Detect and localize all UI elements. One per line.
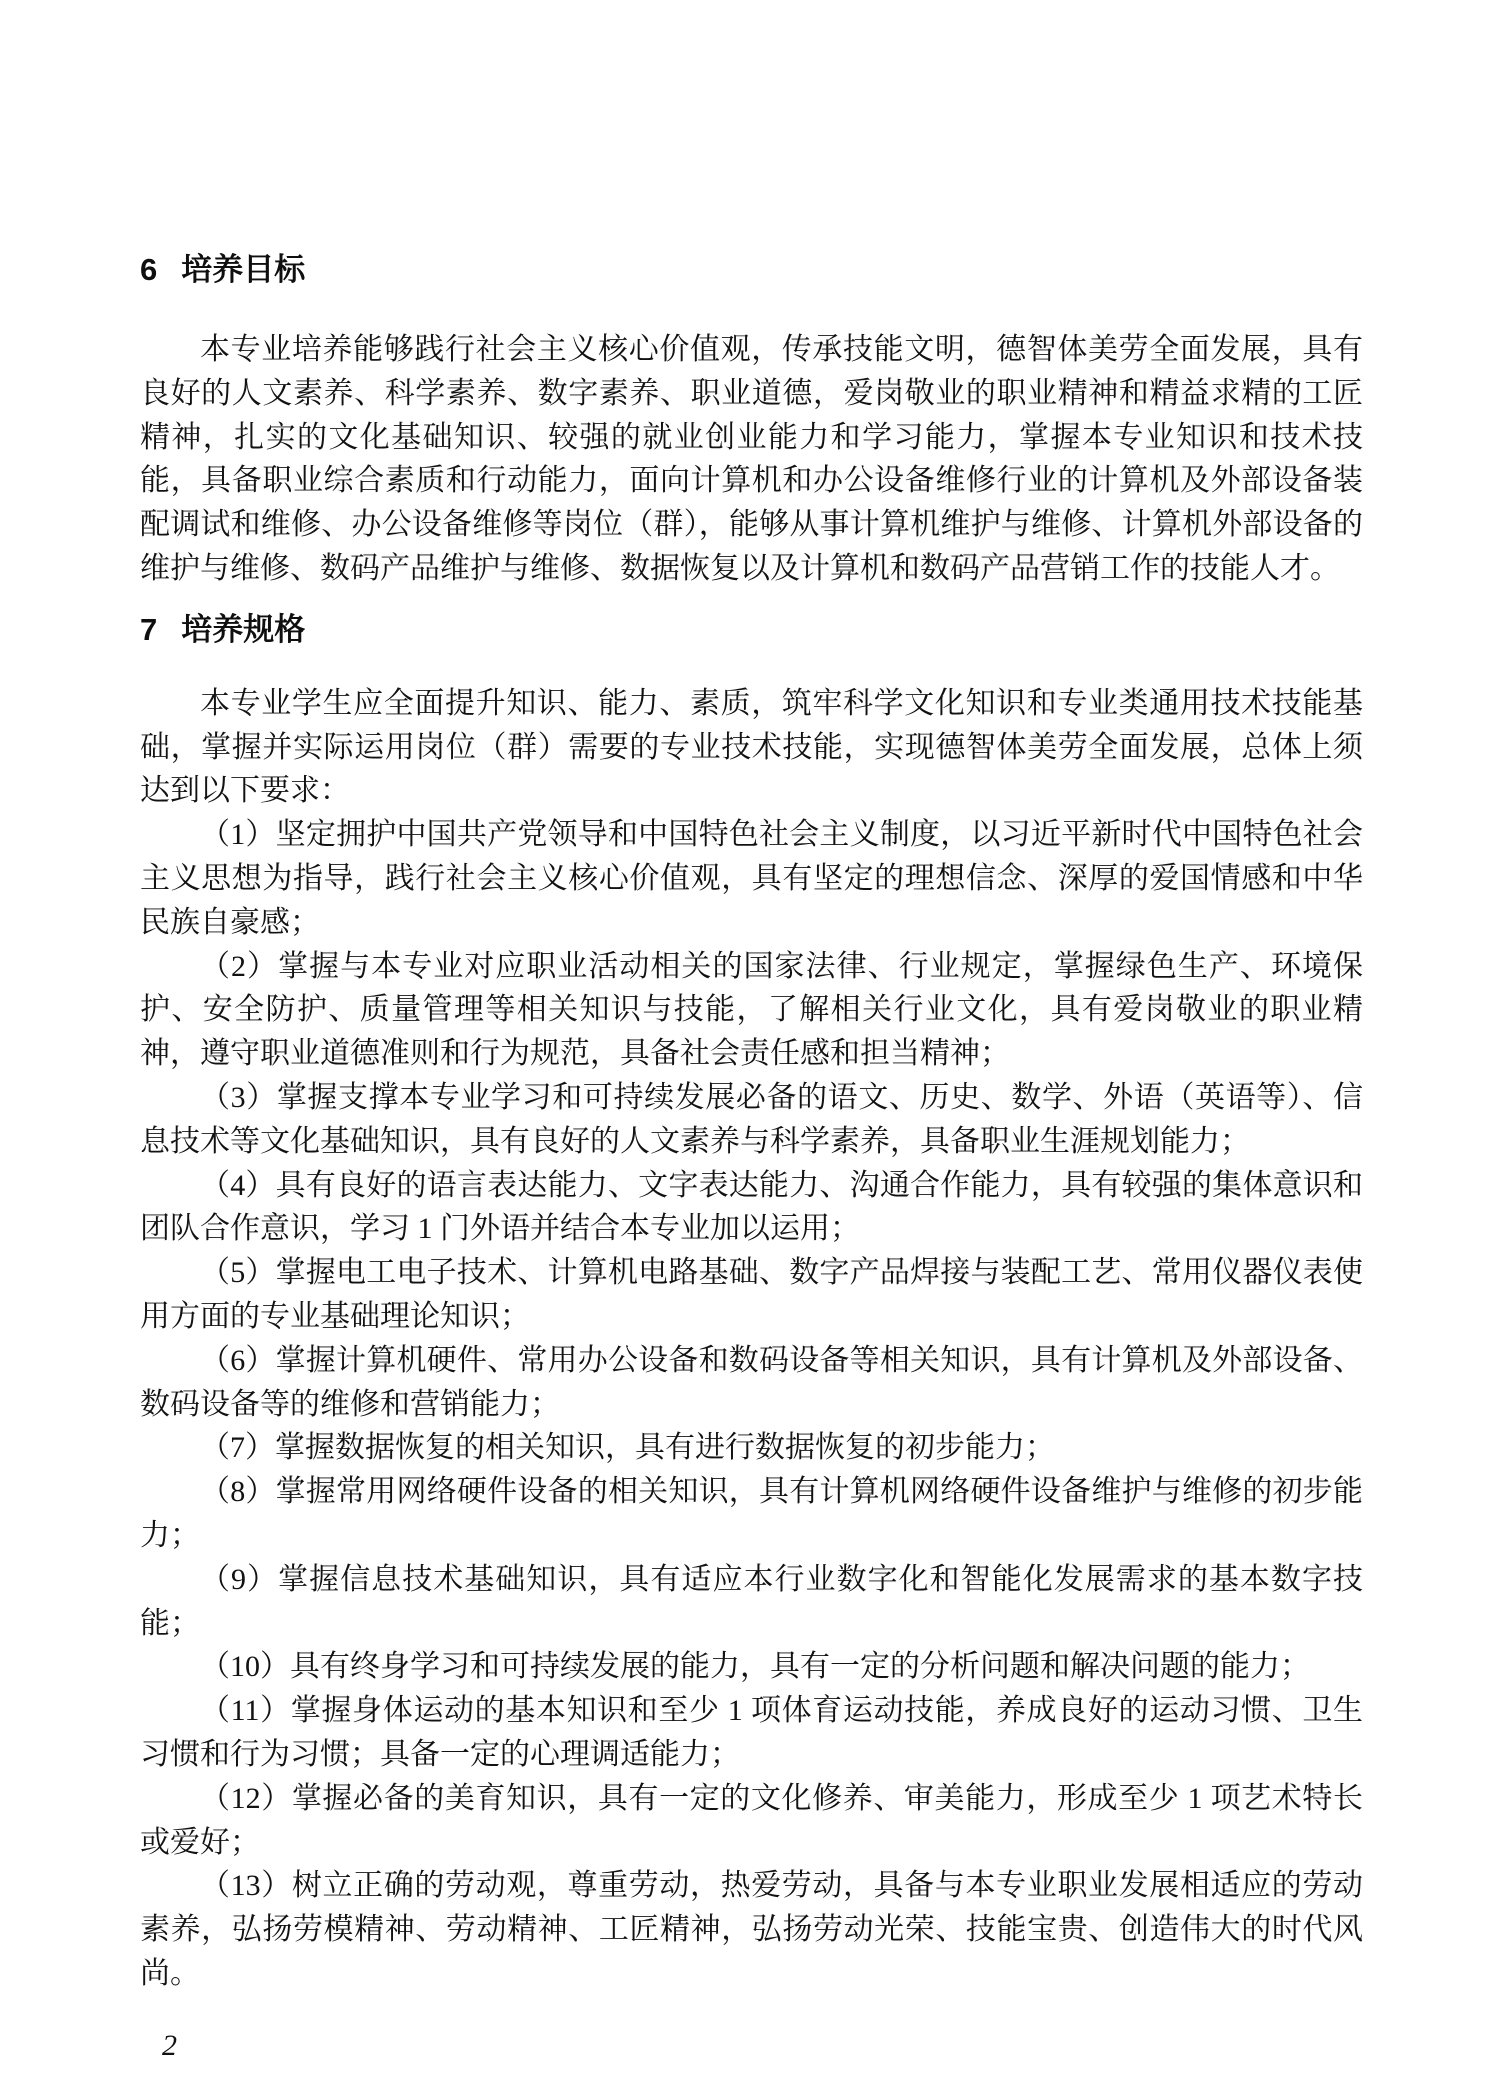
requirement-item-8: （8）掌握常用网络硬件设备的相关知识，具有计算机网络硬件设备维护与维修的初步能力… <box>140 1470 1363 1558</box>
section-6-paragraph: 本专业培养能够践行社会主义核心价值观，传承技能文明，德智体美劳全面发展，具有良好… <box>140 328 1363 591</box>
requirement-item-6: （6）掌握计算机硬件、常用办公设备和数码设备等相关知识，具有计算机及外部设备、数… <box>140 1339 1363 1427</box>
requirement-item-7: （7）掌握数据恢复的相关知识，具有进行数据恢复的初步能力； <box>140 1426 1363 1470</box>
section-7-intro: 本专业学生应全面提升知识、能力、素质，筑牢科学文化知识和专业类通用技术技能基础，… <box>140 682 1363 813</box>
requirement-item-4: （4）具有良好的语言表达能力、文字表达能力、沟通合作能力，具有较强的集体意识和团… <box>140 1164 1363 1252</box>
page-number: 2 <box>162 2024 1363 2068</box>
requirement-item-9: （9）掌握信息技术基础知识，具有适应本行业数字化和智能化发展需求的基本数字技能； <box>140 1558 1363 1646</box>
requirement-item-11: （11）掌握身体运动的基本知识和至少 1 项体育运动技能，养成良好的运动习惯、卫… <box>140 1689 1363 1777</box>
document-page: 6培养目标 本专业培养能够践行社会主义核心价值观，传承技能文明，德智体美劳全面发… <box>0 0 1503 2094</box>
requirement-list: （1）坚定拥护中国共产党领导和中国特色社会主义制度，以习近平新时代中国特色社会主… <box>140 813 1363 1996</box>
requirement-item-12: （12）掌握必备的美育知识，具有一定的文化修养、审美能力，形成至少 1 项艺术特… <box>140 1777 1363 1865</box>
section-6-number: 6 <box>140 248 157 292</box>
section-6-title: 培养目标 <box>181 252 305 287</box>
requirement-item-5: （5）掌握电工电子技术、计算机电路基础、数字产品焊接与装配工艺、常用仪器仪表使用… <box>140 1251 1363 1339</box>
section-6-heading: 6培养目标 <box>140 248 1363 292</box>
requirement-item-2: （2）掌握与本专业对应职业活动相关的国家法律、行业规定，掌握绿色生产、环境保护、… <box>140 945 1363 1076</box>
requirement-item-3: （3）掌握支撑本专业学习和可持续发展必备的语文、历史、数学、外语（英语等）、信息… <box>140 1076 1363 1164</box>
section-7-heading: 7培养规格 <box>140 608 1363 652</box>
section-7-number: 7 <box>140 608 157 652</box>
requirement-item-10: （10）具有终身学习和可持续发展的能力，具有一定的分析问题和解决问题的能力； <box>140 1645 1363 1689</box>
requirement-item-13: （13）树立正确的劳动观，尊重劳动，热爱劳动，具备与本专业职业发展相适应的劳动素… <box>140 1864 1363 1995</box>
requirement-item-1: （1）坚定拥护中国共产党领导和中国特色社会主义制度，以习近平新时代中国特色社会主… <box>140 813 1363 944</box>
section-7-title: 培养规格 <box>181 612 305 647</box>
